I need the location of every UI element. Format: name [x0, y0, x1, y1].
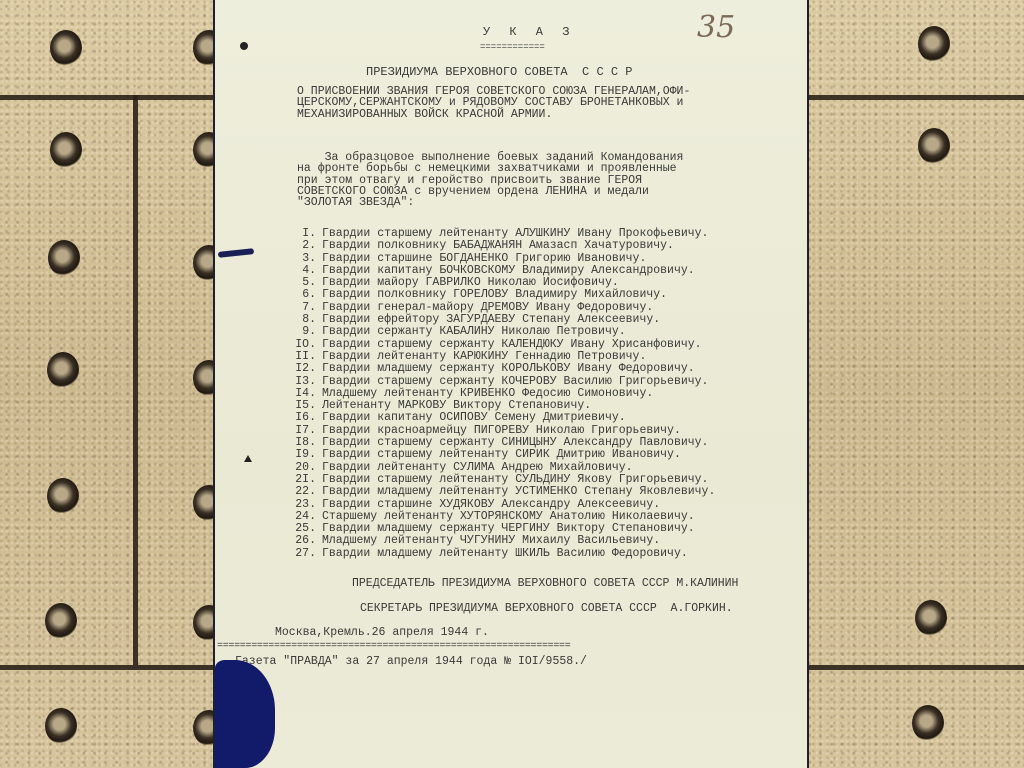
awardee-name: Гвардии старшему сержанту КОЧЕРОВУ Васил… — [322, 375, 708, 388]
awardee-number: I6. — [290, 412, 316, 423]
awardee-number: 27. — [290, 548, 316, 559]
awardee-number: 2. — [290, 240, 316, 251]
awardee-name: Младшему лейтенанту ЧУГУНИНУ Михаилу Вас… — [322, 534, 660, 547]
awardee-number: I3. — [290, 376, 316, 387]
awardee-name: Младшему лейтенанту КРИВЕНКО Федосию Сим… — [322, 387, 653, 400]
awardee-name: Гвардии младшему сержанту ЧЕРГИНУ Виктор… — [322, 522, 695, 535]
awardee-number: 3. — [290, 253, 316, 264]
awardee-number: 24. — [290, 511, 316, 522]
awardee-number: I5. — [290, 400, 316, 411]
subject-line: ЦЕРСКОМУ,СЕРЖАНТСКОМУ и РЯДОВОМУ СОСТАВУ… — [297, 97, 690, 108]
place-date: Москва,Кремль.26 апреля 1944 г. — [275, 627, 489, 638]
awardee-name: Гвардии полковнику ГОРЕЛОВУ Владимиру Ми… — [322, 288, 667, 301]
awardee-name: Гвардии сержанту КАБАЛИНУ Николаю Петров… — [322, 325, 626, 338]
awardee-name: Гвардии старшему лейтенанту АЛУШКИНУ Ива… — [322, 227, 708, 240]
awardee-number: 7. — [290, 302, 316, 313]
decree-subject: О ПРИСВОЕНИИ ЗВАНИЯ ГЕРОЯ СОВЕТСКОГО СОЮ… — [297, 86, 690, 120]
awardee-number: 5. — [290, 277, 316, 288]
awardee-number: 23. — [290, 499, 316, 510]
awardee-number: I9. — [290, 449, 316, 460]
awardee-name: Гвардии старшему лейтенанту СУЛЬДИНУ Яко… — [322, 473, 708, 486]
awardee-name: Гвардии лейтенанту СУЛИМА Андрею Михайло… — [322, 461, 633, 474]
awardee-name: Лейтенанту МАРКОВУ Виктору Степановичу. — [322, 399, 591, 412]
source-note: Газета "ПРАВДА" за 27 апреля 1944 года №… — [235, 656, 587, 667]
secretary-signature: СЕКРЕТАРЬ ПРЕЗИДИУМА ВЕРХОВНОГО СОВЕТА С… — [360, 603, 733, 614]
awardee-number: 2I. — [290, 474, 316, 485]
awardee-number: II. — [290, 351, 316, 362]
awardee-name: Гвардии капитану БОЧКОВСКОМУ Владимиру А… — [322, 264, 695, 277]
awardee-list: I.Гвардии старшему лейтенанту АЛУШКИНУ И… — [290, 228, 715, 560]
awardee-name: Гвардии старшему сержанту СИНИЦЫНУ Алекс… — [322, 436, 708, 449]
awardee-name: Гвардии младшему лейтенанту ШКИЛЬ Васили… — [322, 547, 688, 560]
awardee-name: Гвардии младшему сержанту КОРОЛЬКОВУ Ива… — [322, 362, 695, 375]
awardee-name: Гвардии капитану ОСИПОВУ Семену Дмитриев… — [322, 411, 626, 424]
awardee-number: 25. — [290, 523, 316, 534]
awardee-name: Гвардии ефрейтору ЗАГУРДАЕВУ Степану Але… — [322, 313, 660, 326]
awardee-name: Гвардии старшему лейтенанту СИРИК Дмитри… — [322, 448, 681, 461]
awardee-name: Гвардии лейтенанту КАРЮКИНУ Геннадию Пет… — [322, 350, 646, 363]
awardee-number: I8. — [290, 437, 316, 448]
separator-rule: ========================================… — [217, 641, 807, 652]
awardee-name: Гвардии старшине БОГДАНЕНКО Григорию Ива… — [322, 252, 646, 265]
awardee-name: Гвардии майору ГАВРИЛКО Николаю Иосифови… — [322, 276, 619, 289]
awardee-name: Гвардии полковнику БАБАДЖАНЯН Амазасп Ха… — [322, 239, 674, 252]
awardee-number: I. — [290, 228, 316, 239]
awardee-name: Гвардии старшему сержанту КАЛЕНДЮКУ Иван… — [322, 338, 702, 351]
decree-preamble: За образцовое выполнение боевых заданий … — [297, 152, 683, 208]
awardee-name: Гвардии генерал-майору ДРЕМОВУ Ивану Фед… — [322, 301, 653, 314]
list-item: 27.Гвардии младшему лейтенанту ШКИЛЬ Вас… — [290, 548, 715, 560]
subject-line: МЕХАНИЗИРОВАННЫХ ВОЙСК КРАСНОЙ АРМИИ. — [297, 109, 690, 120]
preamble-line: "ЗОЛОТАЯ ЗВЕЗДА": — [297, 197, 683, 208]
awardee-name: Гвардии младшему лейтенанту УСТИМЕНКО Ст… — [322, 485, 715, 498]
awardee-number: I7. — [290, 425, 316, 436]
awardee-number: 4. — [290, 265, 316, 276]
chairman-signature: ПРЕДСЕДАТЕЛЬ ПРЕЗИДИУМА ВЕРХОВНОГО СОВЕТ… — [352, 578, 738, 589]
preamble-line: на фронте борьбы с немецкими захватчикам… — [297, 163, 683, 174]
awardee-number: 26. — [290, 535, 316, 546]
awardee-number: 20. — [290, 462, 316, 473]
awardee-name: Гвардии старшине ХУДЯКОВУ Александру Але… — [322, 498, 660, 511]
ink-mark — [244, 455, 252, 462]
heading-rule: ============ — [480, 42, 545, 53]
awardee-number: 6. — [290, 289, 316, 300]
awardee-name: Старшему лейтенанту ХУТОРЯНСКОМУ Анатоли… — [322, 510, 695, 523]
awardee-number: I4. — [290, 388, 316, 399]
issuer-title: ПРЕЗИДИУМА ВЕРХОВНОГО СОВЕТА С С С Р — [366, 67, 632, 78]
awardee-name: Гвардии красноармейцу ПИГОРЕВУ Николаю Г… — [322, 424, 681, 437]
awardee-number: IO. — [290, 339, 316, 350]
awardee-number: 22. — [290, 486, 316, 497]
awardee-number: I2. — [290, 363, 316, 374]
decree-heading: У К А З — [483, 27, 575, 38]
awardee-number: 9. — [290, 326, 316, 337]
awardee-number: 8. — [290, 314, 316, 325]
